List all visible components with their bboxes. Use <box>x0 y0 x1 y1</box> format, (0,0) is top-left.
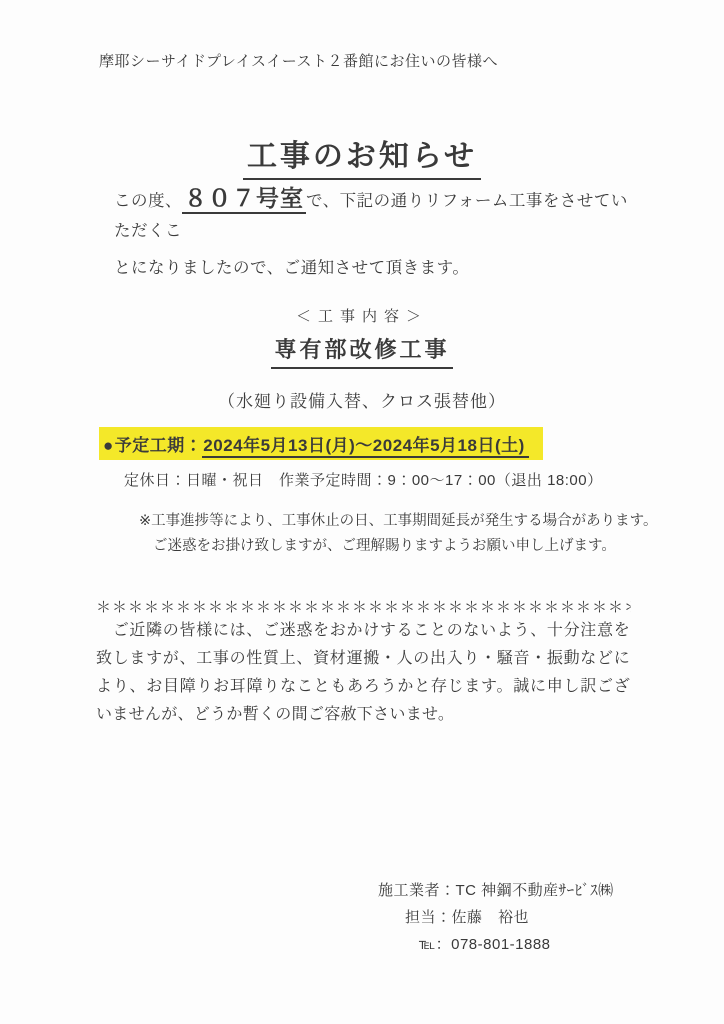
intro-line-1: この度、８０７号室で、下記の通りリフォーム工事をさせていただくこ <box>114 183 644 246</box>
recipient-line: 摩耶シーサイドプレイスイースト２番館にお住いの皆様へ <box>99 50 498 71</box>
work-detail: （水廻り設備入替、クロス張替他） <box>0 387 724 412</box>
footer-block: 施工業者：TC 神鋼不動産ｻｰﾋﾞｽ㈱ 担当：佐藤 裕也 ℡：078-801-1… <box>378 877 614 958</box>
intro-prefix: この度、 <box>114 192 182 210</box>
work-hours-line: 定休日：日曜・祝日 作業予定時間：9：00～17：00（退出 18:00） <box>124 469 603 490</box>
notice-document-page: 摩耶シーサイドプレイスイースト２番館にお住いの皆様へ 工事のお知らせ この度、８… <box>0 0 724 1024</box>
intro-line-2: とになりましたので、ご通知させて頂きます。 <box>114 253 644 283</box>
schedule-row: ●予定工期：2024年5月13日(月)～2024年5月18日(土) <box>99 427 543 460</box>
notice-title-row: 工事のお知らせ <box>0 131 724 180</box>
work-title: 専有部改修工事 <box>271 333 452 369</box>
schedule-label: 予定工期： <box>115 436 203 455</box>
schedule-highlight: ●予定工期：2024年5月13日(月)～2024年5月18日(土) <box>99 427 543 460</box>
work-section-label: ＜工事内容＞ <box>0 305 724 326</box>
separator-line: ＊＊＊＊＊＊＊＊＊＊＊＊＊＊＊＊＊＊＊＊＊＊＊＊＊＊＊＊＊＊＊＊＊＊＊＊＊＊＊＊ <box>96 596 631 617</box>
work-title-row: 専有部改修工事 <box>0 333 724 369</box>
bullet-icon: ● <box>103 436 114 455</box>
apology-paragraph: ご近隣の皆様には、ご迷惑をおかけすることのないよう、十分注意を致しますが、工事の… <box>96 617 630 729</box>
footer-tel: ℡：078-801-1888 <box>378 931 614 958</box>
notice-title: 工事のお知らせ <box>243 131 481 180</box>
footer-manager: 担当：佐藤 裕也 <box>378 904 614 931</box>
footer-contractor: 施工業者：TC 神鋼不動産ｻｰﾋﾞｽ㈱ <box>378 877 614 904</box>
room-number: ８０７号室 <box>182 185 306 214</box>
note-line-1: ※工事進捗等により、工事休止の日、工事期間延長が発生する場合があります。 <box>139 509 658 530</box>
intro-paragraph: この度、８０７号室で、下記の通りリフォーム工事をさせていただくこ とになりました… <box>114 183 644 283</box>
note-line-2: ご迷惑をお掛け致しますが、ご理解賜りますようお願い申し上げます。 <box>153 534 616 555</box>
schedule-period: 2024年5月13日(月)～2024年5月18日(土) <box>202 436 529 458</box>
